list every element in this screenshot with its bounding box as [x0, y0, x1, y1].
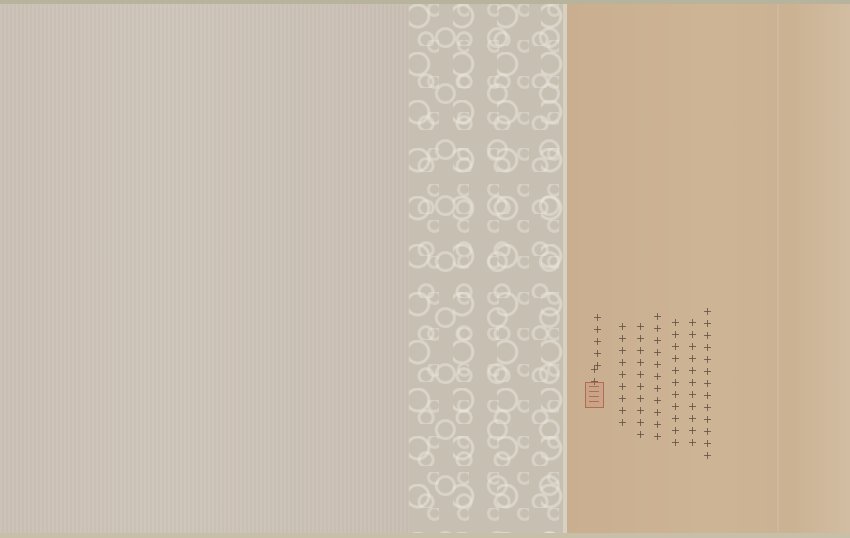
calligraphy-character — [688, 438, 697, 447]
calligraphy-character — [653, 336, 662, 345]
calligraphy-character — [671, 342, 680, 351]
calligraphy-character — [688, 390, 697, 399]
calligraphy-character — [688, 402, 697, 411]
calligraphy-character — [653, 312, 662, 321]
calligraphy-character — [671, 378, 680, 387]
calligraphy-character — [703, 403, 712, 412]
handscroll: Chinese handscroll section — [0, 0, 850, 538]
calligraphy-character — [688, 378, 697, 387]
calligraphy-character — [636, 430, 645, 439]
calligraphy-character — [593, 325, 602, 334]
inscription-column — [636, 322, 646, 439]
calligraphy-character — [618, 418, 627, 427]
calligraphy-character — [636, 382, 645, 391]
inscription-column — [703, 307, 713, 460]
calligraphy-character — [618, 382, 627, 391]
calligraphy-character — [703, 355, 712, 364]
calligraphy-character — [688, 330, 697, 339]
calligraphy-character — [688, 342, 697, 351]
calligraphy-character — [618, 406, 627, 415]
calligraphy-character — [703, 451, 712, 460]
calligraphy-character — [593, 313, 602, 322]
bottom-edge — [0, 533, 850, 538]
calligraphy-character — [590, 365, 599, 374]
calligraphy-character — [636, 358, 645, 367]
calligraphy-character — [618, 370, 627, 379]
calligraphy-character — [703, 379, 712, 388]
calligraphy-character — [618, 322, 627, 331]
calligraphy-character — [636, 346, 645, 355]
calligraphy-character — [636, 394, 645, 403]
inscription-column — [593, 313, 603, 370]
inscription-column — [653, 312, 663, 441]
calligraphy-character — [703, 427, 712, 436]
calligraphy-character — [653, 360, 662, 369]
calligraphy-character — [688, 354, 697, 363]
calligraphy-character — [703, 319, 712, 328]
calligraphy-character — [671, 354, 680, 363]
calligraphy-character — [703, 415, 712, 424]
calligraphy-character — [671, 390, 680, 399]
calligraphy-character — [671, 402, 680, 411]
calligraphy-character — [688, 414, 697, 423]
calligraphy-character — [671, 426, 680, 435]
calligraphy-character — [671, 438, 680, 447]
calligraphy-inscription — [0, 0, 850, 538]
calligraphy-character — [671, 414, 680, 423]
calligraphy-character — [653, 324, 662, 333]
calligraphy-character — [703, 367, 712, 376]
red-seal-icon — [585, 382, 604, 408]
calligraphy-character — [653, 408, 662, 417]
calligraphy-character — [671, 330, 680, 339]
calligraphy-character — [653, 396, 662, 405]
calligraphy-character — [703, 343, 712, 352]
inscription-column — [618, 322, 628, 427]
calligraphy-character — [653, 348, 662, 357]
calligraphy-character — [703, 391, 712, 400]
calligraphy-character — [653, 432, 662, 441]
calligraphy-character — [671, 366, 680, 375]
calligraphy-character — [703, 331, 712, 340]
calligraphy-character — [618, 346, 627, 355]
calligraphy-character — [688, 366, 697, 375]
calligraphy-character — [653, 420, 662, 429]
calligraphy-character — [618, 358, 627, 367]
inscription-column — [688, 318, 698, 447]
calligraphy-character — [636, 322, 645, 331]
calligraphy-character — [688, 426, 697, 435]
calligraphy-character — [703, 439, 712, 448]
inscription-column — [671, 318, 681, 447]
calligraphy-character — [653, 384, 662, 393]
calligraphy-character — [688, 318, 697, 327]
calligraphy-character — [618, 334, 627, 343]
calligraphy-character — [636, 406, 645, 415]
calligraphy-character — [671, 318, 680, 327]
calligraphy-character — [636, 370, 645, 379]
calligraphy-character — [618, 394, 627, 403]
calligraphy-character — [653, 372, 662, 381]
calligraphy-character — [703, 307, 712, 316]
calligraphy-character — [636, 334, 645, 343]
calligraphy-character — [593, 337, 602, 346]
calligraphy-character — [636, 418, 645, 427]
calligraphy-character — [593, 349, 602, 358]
